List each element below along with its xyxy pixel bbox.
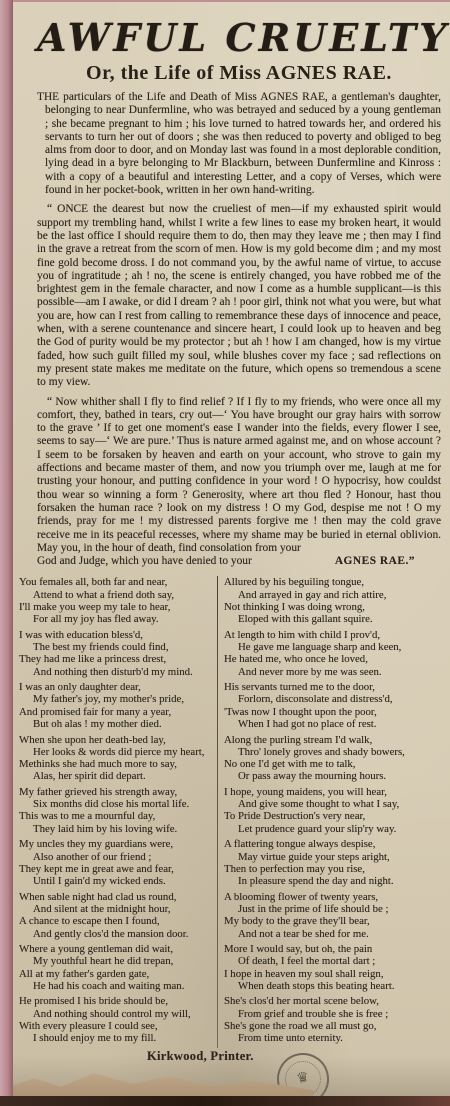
verse-line: He gave me language sharp and keen, (224, 641, 441, 653)
verse-line: Let prudence guard your slip'ry way. (224, 823, 441, 835)
verse-line: They laid him by his loving wife. (19, 823, 217, 835)
verse-stanza: When she upon her death-bed lay,Her look… (19, 734, 217, 783)
verse-line: He hated me, who once he loved, (224, 653, 441, 665)
verse-line: And not a tear be shed for me. (224, 928, 441, 940)
verse-line: My father grieved his strength away, (19, 786, 217, 798)
letter-closing-line: God and Judge, which you have denied to … (37, 555, 441, 568)
verse-line: When sable night had clad us round, (19, 891, 217, 903)
verse-line: With every pleasure I could see, (19, 1020, 217, 1032)
verse-line: In pleasure spend the day and night. (224, 875, 441, 887)
verse-line: And never more by me was seen. (224, 666, 441, 678)
verse-line: Just in the prime of life should be ; (224, 903, 441, 915)
verse-stanza: His servants turned me to the door,Forlo… (224, 681, 441, 730)
verse-line: No one I'd get with me to talk, (224, 758, 441, 770)
photo-background: AWFUL CRUELTY! Or, the Life of Miss AGNE… (0, 0, 450, 1106)
verse-line: And silent at the midnight hour, (19, 903, 217, 915)
verse-line: All at my father's garden gate, (19, 968, 217, 980)
verse-line: My youthful heart he did trepan, (19, 955, 217, 967)
verse-section: You females all, both far and near,Atten… (19, 576, 441, 1047)
signature: AGNES RAE.” (335, 555, 441, 568)
bottom-dark-edge (0, 1096, 450, 1106)
verse-line: He had his coach and waiting man. (19, 980, 217, 992)
verse-line: And gently clos'd the mansion door. (19, 928, 217, 940)
verse-line: Alas, her spirit did depart. (19, 770, 217, 782)
letter-paragraph-1: “ ONCE the dearest but now the crueliest… (37, 203, 441, 389)
verse-line: She's gone the road we all must go, (224, 1020, 441, 1032)
verse-line: Six months did close his mortal life. (19, 798, 217, 810)
verse-line: A flattering tongue always despise, (224, 838, 441, 850)
verse-line: I was an only daughter dear, (19, 681, 217, 693)
intro-paragraph: THE particulars of the Life and Death of… (37, 91, 441, 197)
broadside-paper: AWFUL CRUELTY! Or, the Life of Miss AGNE… (13, 2, 450, 1106)
verse-line: At length to him with child I prov'd, (224, 629, 441, 641)
verse-line: They kept me in great awe and fear, (19, 863, 217, 875)
verse-line: Also another of our friend ; (19, 851, 217, 863)
verse-line: From grief and trouble she is free ; (224, 1008, 441, 1020)
page-title: AWFUL CRUELTY! (37, 16, 441, 60)
verse-line: This was to me a mournful day, (19, 810, 217, 822)
verse-line: Of death, I feel the mortal dart ; (224, 955, 441, 967)
page-subtitle: Or, the Life of Miss AGNES RAE. (37, 62, 441, 85)
verse-stanza: She's clos'd her mortal scene below,From… (224, 995, 441, 1044)
verse-line: But oh alas ! my mother died. (19, 718, 217, 730)
verse-stanza: He promised I his bride should be,And no… (19, 995, 217, 1044)
verse-line: I was with education bless'd, (19, 629, 217, 641)
verse-stanza: Allured by his beguiling tongue,And arra… (224, 576, 441, 625)
verse-line: His servants turned me to the door, (224, 681, 441, 693)
verse-line: More I would say, but oh, the pain (224, 943, 441, 955)
verse-line: Where a young gentleman did wait, (19, 943, 217, 955)
verse-line: Forlorn, disconsolate and distress'd, (224, 693, 441, 705)
letter-closing-text: God and Judge, which you have denied to … (37, 555, 252, 568)
verse-stanza: At length to him with child I prov'd,He … (224, 629, 441, 678)
verse-line: A blooming flower of twenty years, (224, 891, 441, 903)
verse-line: They had me like a princess drest, (19, 653, 217, 665)
verse-column-right: Allured by his beguiling tongue,And arra… (220, 576, 441, 1047)
verse-stanza: My father grieved his strength away,Six … (19, 786, 217, 835)
letter-paragraph-2: “ Now whither shall I fly to find relief… (37, 396, 441, 556)
verse-line: You females all, both far and near, (19, 576, 217, 588)
verse-stanza: You females all, both far and near,Atten… (19, 576, 217, 625)
verse-line: When death stops this beating heart. (224, 980, 441, 992)
verse-line: Along the purling stream I'd walk, (224, 734, 441, 746)
verse-stanza: Along the purling stream I'd walk,Thro' … (224, 734, 441, 783)
verse-line: Then to perfection may you rise, (224, 863, 441, 875)
verse-line: And nothing then disturb'd my mind. (19, 666, 217, 678)
verse-line: Not thinking I was doing wrong, (224, 601, 441, 613)
verse-line: Attend to what a friend doth say, (19, 589, 217, 601)
broadside-content: AWFUL CRUELTY! Or, the Life of Miss AGNE… (13, 2, 450, 1064)
verse-line: I hope, young maidens, you will hear, (224, 786, 441, 798)
verse-line: A chance to escape then I found, (19, 915, 217, 927)
verse-stanza: I was with education bless'd,The best my… (19, 629, 217, 678)
verse-line: Until I gain'd my wicked ends. (19, 875, 217, 887)
verse-stanza: Where a young gentleman did wait,My yout… (19, 943, 217, 992)
verse-line: And give some thought to what I say, (224, 798, 441, 810)
verse-line: I'll make you weep my tale to hear, (19, 601, 217, 613)
verse-line: For all my joy has fled away. (19, 613, 217, 625)
verse-line: Her looks & words did pierce my heart, (19, 746, 217, 758)
verse-stanza: I hope, young maidens, you will hear,And… (224, 786, 441, 835)
verse-line: Allured by his beguiling tongue, (224, 576, 441, 588)
verse-line: My uncles they my guardians were, (19, 838, 217, 850)
verse-stanza: A flattering tongue always despise,May v… (224, 838, 441, 887)
verse-line: She's clos'd her mortal scene below, (224, 995, 441, 1007)
verse-stanza: More I would say, but oh, the painOf dea… (224, 943, 441, 992)
verse-stanza: My uncles they my guardians were,Also an… (19, 838, 217, 887)
verse-line: When I had got no place of rest. (224, 718, 441, 730)
verse-line: 'Twas now I thought upon the poor, (224, 706, 441, 718)
verse-line: My father's joy, my mother's pride, (19, 693, 217, 705)
verse-line: And arrayed in gay and rich attire, (224, 589, 441, 601)
verse-line: My body to the grave they'll bear, (224, 915, 441, 927)
verse-line: To Pride Destruction's very near, (224, 810, 441, 822)
page-left-edge (0, 0, 13, 1106)
verse-stanza: When sable night had clad us round,And s… (19, 891, 217, 940)
verse-line: I should enjoy me to my fill. (19, 1032, 217, 1044)
verse-line: When she upon her death-bed lay, (19, 734, 217, 746)
verse-line: And promised fair for many a year, (19, 706, 217, 718)
verse-line: Eloped with this gallant squire. (224, 613, 441, 625)
verse-line: May virtue guide your steps aright, (224, 851, 441, 863)
verse-line: Thro' lonely groves and shady bowers, (224, 746, 441, 758)
verse-line: From time unto eternity. (224, 1032, 441, 1044)
column-divider-rule (217, 576, 218, 1047)
verse-line: The best my friends could find, (19, 641, 217, 653)
verse-line: Methinks she had much more to say, (19, 758, 217, 770)
verse-column-left: You females all, both far and near,Atten… (19, 576, 217, 1047)
verse-stanza: I was an only daughter dear,My father's … (19, 681, 217, 730)
verse-stanza: A blooming flower of twenty years,Just i… (224, 891, 441, 940)
verse-line: Or pass away the mourning hours. (224, 770, 441, 782)
verse-line: I hope in heaven my soul shall reign, (224, 968, 441, 980)
verse-line: And nothing should control my will, (19, 1008, 217, 1020)
verse-line: He promised I his bride should be, (19, 995, 217, 1007)
